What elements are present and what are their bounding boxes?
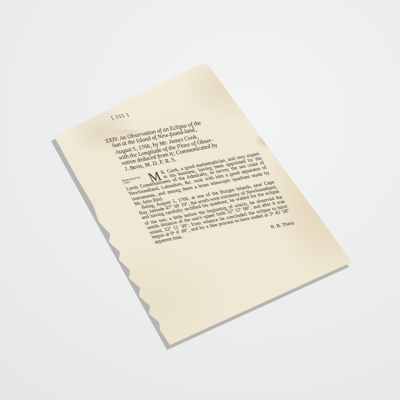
page-text-block: [ 215 ] XXIV. An Observation of an Eclip… [87, 86, 309, 252]
document-page: [ 215 ] XXIV. An Observation of an Eclip… [0, 0, 400, 400]
margin-note: Read April 30, 1767. [121, 174, 150, 185]
page-number: [ 215 ] [90, 109, 151, 125]
photo-scene: [ 215 ] XXIV. An Observation of an Eclip… [0, 0, 400, 400]
